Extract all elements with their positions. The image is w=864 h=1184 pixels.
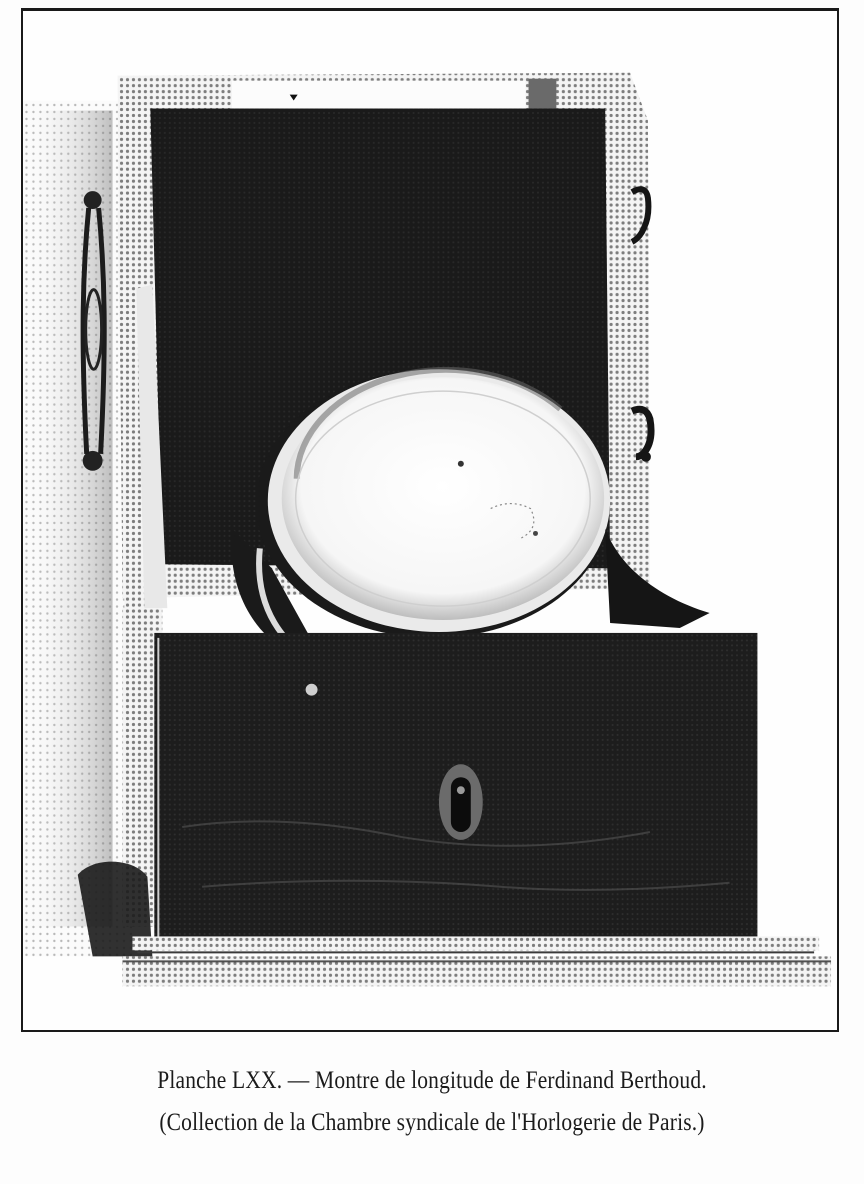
- caption-line-1: Planche LXX. — Montre de longitude de Fe…: [60, 1067, 803, 1095]
- plate-frame: [21, 8, 839, 1032]
- base-plinth: [123, 936, 832, 986]
- caption-line-2: (Collection de la Chambre syndicale de l…: [60, 1109, 803, 1137]
- chronometer-photograph: [23, 11, 837, 1030]
- keyhole-icon: [439, 764, 483, 840]
- background-shadow: [23, 101, 132, 957]
- box-front: [123, 608, 758, 936]
